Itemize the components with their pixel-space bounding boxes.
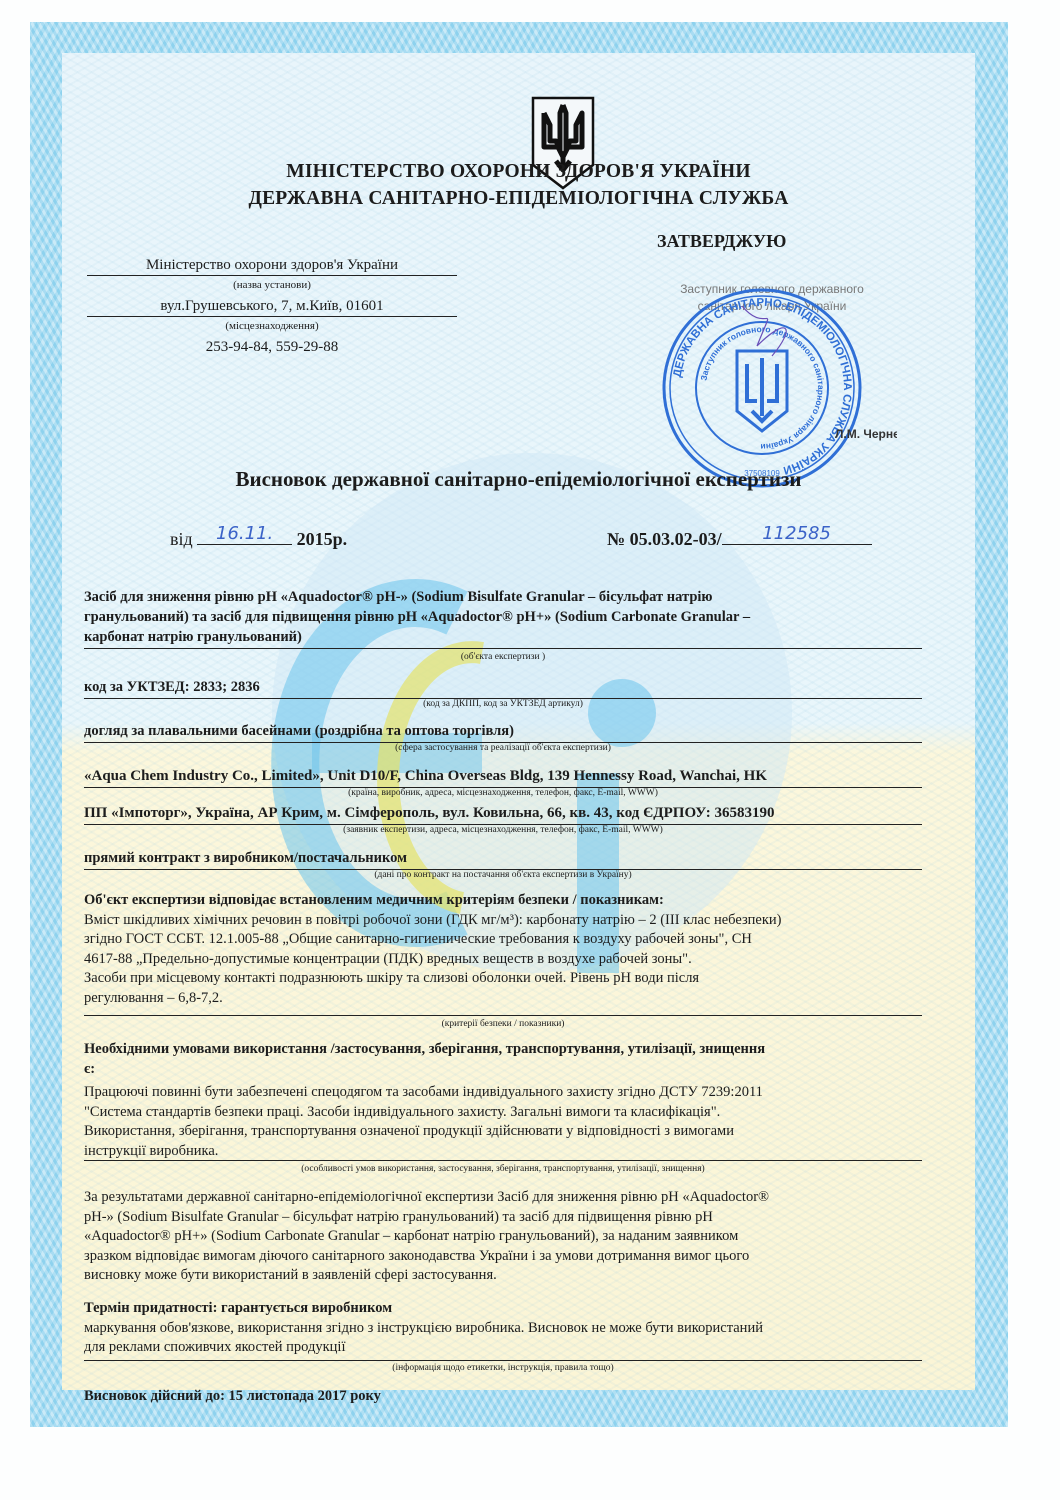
field-scope: догляд за плавальними басейнами (роздріб…: [84, 721, 922, 743]
conditions-line: Працюючі повинні бути забезпечені спецод…: [84, 1083, 922, 1103]
round-official-seal-icon: ДЕРЖАВНА САНІТАРНО-ЕПІДЕМІОЛОГІЧНА СЛУЖБ…: [657, 276, 897, 496]
safety-divider: [84, 1015, 922, 1016]
field-contract: прямий контракт з виробником/постачальни…: [84, 848, 922, 870]
validity-date: Висновок дійсний до: 15 листопада 2017 р…: [84, 1388, 381, 1405]
shelf-life-caption: (інформація щодо етикетки, інструкція, п…: [84, 1363, 922, 1373]
conditions-line: Використання, зберігання, транспортуванн…: [84, 1122, 922, 1142]
institution-name: Міністерство охорони здоров'я України: [87, 257, 457, 276]
service-heading: ДЕРЖАВНА САНІТАРНО-ЕПІДЕМІОЛОГІЧНА СЛУЖБ…: [62, 188, 975, 210]
approval-label: ЗАТВЕРДЖУЮ: [657, 231, 786, 252]
conclusion-line: «Aquadoctor® pH+» (Sodium Carbonate Gran…: [84, 1227, 922, 1247]
institution-phones: 253-94-84, 559-29-88: [87, 339, 457, 356]
safety-line: Засоби при місцевому контакті подразнюют…: [84, 969, 922, 989]
conditions-heading: Необхідними умовами використання /застос…: [84, 1040, 922, 1060]
number-prefix: № 05.03.02-03/: [607, 529, 722, 549]
field-contract-caption: (дані про контракт на постачання об'єкта…: [84, 870, 922, 880]
date-year: 2015р.: [297, 529, 348, 549]
field-applicant-caption: (заявник експертизи, адреса, місцезнаход…: [84, 825, 922, 835]
document-number: № 05.03.02-03/112585: [607, 529, 872, 551]
document-title: Висновок державної санітарно-епідеміолог…: [62, 467, 975, 492]
conditions-caption: (особливості умов використання, застосув…: [84, 1164, 922, 1174]
field-code-caption: (код за ДКПП, код за УКТЗЕД артикул): [84, 699, 922, 709]
date-handwritten: 16.11.: [216, 523, 273, 544]
conditions-line: "Система стандартів безпеки праці. Засоб…: [84, 1103, 922, 1123]
institution-address: вул.Грушевського, 7, м.Київ, 01601: [87, 298, 457, 317]
field-manufacturer-caption: (країна, виробник, адреса, місцезнаходже…: [84, 788, 922, 798]
issue-date: від 16.11. 2015р.: [170, 529, 347, 551]
safety-heading: Об'єкт експертизи відповідає встановлени…: [84, 891, 922, 911]
shelf-life-section: Термін придатності: гарантується виробни…: [84, 1299, 922, 1358]
field-object: Засіб для зниження рівню pH «Aquadoctor®…: [84, 587, 922, 649]
conditions-section: Необхідними умовами використання /застос…: [84, 1040, 922, 1161]
date-prefix: від: [170, 529, 193, 549]
field-object-caption: (об'єкта експертизи ): [84, 652, 922, 662]
institution-name-caption: (назва установи): [87, 279, 457, 291]
safety-caption: (критерії безпеки / показники): [84, 1019, 922, 1029]
conditions-divider: [84, 1160, 922, 1161]
field-object-line: гранульований) та засіб для підвищення р…: [84, 607, 922, 627]
conditions-line: інструкції виробника.: [84, 1142, 922, 1162]
conclusion-line: зразком відповідає вимогам діючого саніт…: [84, 1247, 922, 1267]
approver-name: Л.М. Черненко: [835, 427, 897, 441]
safety-line: Вміст шкідливих хімічних речовин в повіт…: [84, 911, 922, 931]
shelf-life-divider: [84, 1360, 922, 1361]
number-handwritten: 112585: [762, 523, 831, 544]
field-applicant: ПП «Імпоторг», Україна, АР Крим, м. Сімф…: [84, 803, 922, 825]
safety-line: згідно ГОСТ ССБТ. 12.1.005-88 „Общие сан…: [84, 930, 922, 950]
field-scope-caption: (сфера застосування та реалізації об'єкт…: [84, 743, 922, 753]
conditions-heading: є:: [84, 1060, 922, 1080]
safety-section: Об'єкт експертизи відповідає встановлени…: [84, 891, 922, 1008]
field-manufacturer: «Aqua Chem Industry Co., Limited», Unit …: [84, 766, 922, 788]
ministry-heading: МІНІСТЕРСТВО ОХОРОНИ ЗДОРОВ'Я УКРАЇНИ: [62, 161, 975, 183]
conclusion-line: висновку може бути використаний в заявле…: [84, 1266, 922, 1286]
field-object-line: Засіб для зниження рівню pH «Aquadoctor®…: [84, 587, 922, 607]
safety-line: регулювання – 6,8-7,2.: [84, 989, 922, 1009]
field-object-line: карбонат натрію гранульований): [84, 627, 922, 647]
safety-line: 4617-88 „Предельно-допустимые концентрац…: [84, 950, 922, 970]
shelf-life-heading: Термін придатності: гарантується виробни…: [84, 1299, 922, 1319]
shelf-life-line: для реклами споживчих якостей продукції: [84, 1338, 922, 1358]
conclusion-section: За результатами державної санітарно-епід…: [84, 1188, 922, 1286]
conclusion-line: За результатами державної санітарно-епід…: [84, 1188, 922, 1208]
certificate-panel: МІНІСТЕРСТВО ОХОРОНИ ЗДОРОВ'Я УКРАЇНИ ДЕ…: [62, 53, 975, 1390]
shelf-life-line: маркування обов'язкове, використання згі…: [84, 1319, 922, 1339]
conclusion-line: pH-» (Sodium Bisulfate Granular – бісуль…: [84, 1208, 922, 1228]
field-code: код за УКТЗЕД: 2833; 2836: [84, 677, 922, 699]
institution-address-caption: (місцезнаходження): [87, 320, 457, 332]
